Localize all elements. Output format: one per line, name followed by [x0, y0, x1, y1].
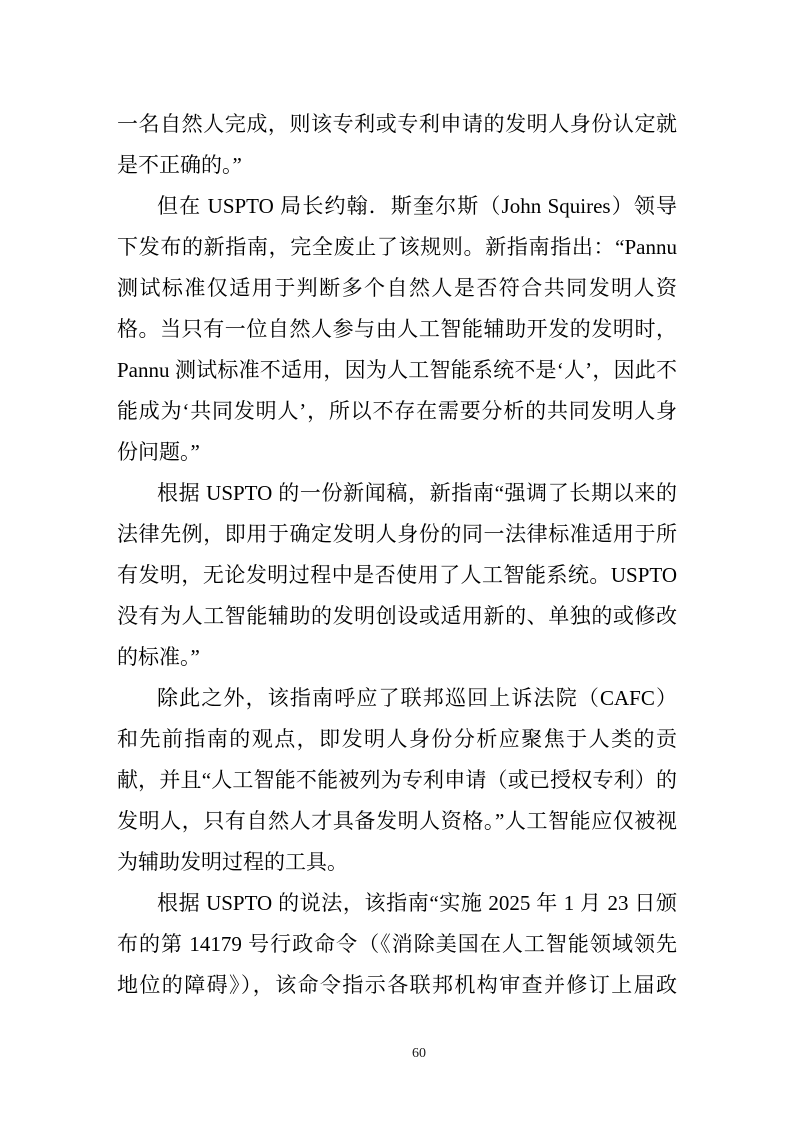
text-line: 为辅助发明过程的工具。 — [117, 842, 677, 883]
text-line: 有发明，无论发明过程中是否使用了人工智能系统。USPTO — [117, 555, 677, 596]
text-line: 发明人，只有自然人才具备发明人资格。”人工智能应仅被视 — [117, 801, 677, 842]
text-line: 根据 USPTO 的一份新闻稿，新指南“强调了长期以来的 — [117, 473, 677, 514]
text-line: 献，并且“人工智能不能被列为专利申请（或已授权专利）的 — [117, 760, 677, 801]
page-number: 60 — [412, 1046, 426, 1062]
text-block: 一名自然人完成，则该专利或专利申请的发明人身份认定就 是不正确的。” 但在 US… — [117, 104, 677, 1006]
text-line: 和先前指南的观点，即发明人身份分析应聚焦于人类的贡 — [117, 719, 677, 760]
text-line: 根据 USPTO 的说法，该指南“实施 2025 年 1 月 23 日颁 — [117, 883, 677, 924]
text-line: 的标准。” — [117, 637, 677, 678]
text-line: 法律先例，即用于确定发明人身份的同一法律标准适用于所 — [117, 514, 677, 555]
text-line: 除此之外，该指南呼应了联邦巡回上诉法院（CAFC） — [117, 678, 677, 719]
text-line: 下发布的新指南，完全废止了该规则。新指南指出：“Pannu — [117, 227, 677, 268]
text-line: 没有为人工智能辅助的发明创设或适用新的、单独的或修改 — [117, 596, 677, 637]
text-line: 份问题。” — [117, 432, 677, 473]
document-page: 一名自然人完成，则该专利或专利申请的发明人身份认定就 是不正确的。” 但在 US… — [0, 0, 793, 1122]
text-line: 布的第 14179 号行政命令（《消除美国在人工智能领域领先 — [117, 924, 677, 965]
text-line: 但在 USPTO 局长约翰．斯奎尔斯（John Squires）领导 — [117, 186, 677, 227]
text-line: Pannu 测试标准不适用，因为人工智能系统不是‘人’，因此不 — [117, 350, 677, 391]
text-line: 格。当只有一位自然人参与由人工智能辅助开发的发明时， — [117, 309, 677, 350]
text-line: 能成为‘共同发明人’，所以不存在需要分析的共同发明人身 — [117, 391, 677, 432]
text-line: 地位的障碍》），该命令指示各联邦机构审查并修订上届政 — [117, 965, 677, 1006]
text-line: 测试标准仅适用于判断多个自然人是否符合共同发明人资 — [117, 268, 677, 309]
text-line: 一名自然人完成，则该专利或专利申请的发明人身份认定就 — [117, 104, 677, 145]
text-line: 是不正确的。” — [117, 145, 677, 186]
